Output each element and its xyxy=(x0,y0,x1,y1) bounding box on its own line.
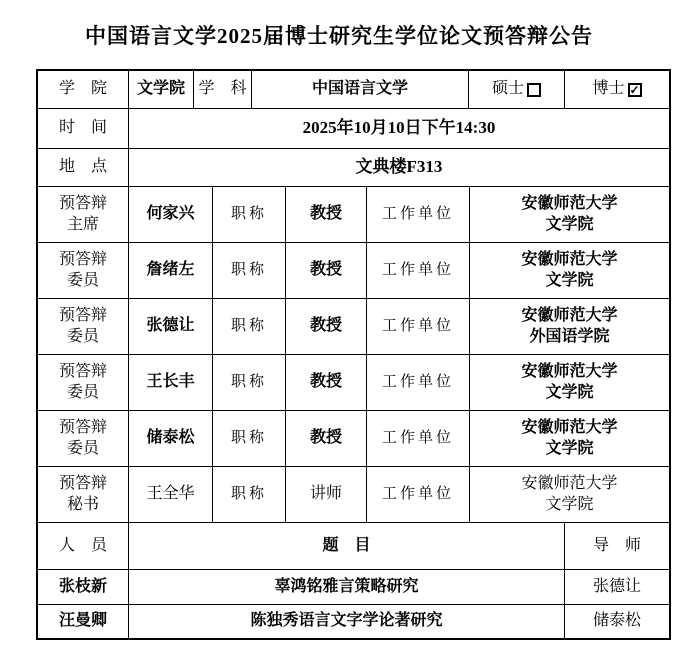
committee-role: 预答辩 秘书 xyxy=(38,467,129,522)
topic-label: 题 目 xyxy=(129,523,565,569)
title-label: 职称 xyxy=(213,187,286,242)
title-value: 教授 xyxy=(286,355,367,410)
place-row: 地 点 文典楼F313 xyxy=(38,149,669,187)
unit-value: 安徽师范大学 文学院 xyxy=(470,467,669,522)
unit-label: 工作单位 xyxy=(367,467,470,522)
candidate-row: 张枝新 辜鸿铭雅言策略研究 张德让 xyxy=(38,570,669,605)
unit-value: 安徽师范大学 文学院 xyxy=(470,243,669,298)
unit-value: 安徽师范大学 文学院 xyxy=(470,355,669,410)
committee-row: 预答辩 委员 王长丰 职称 教授 工作单位 安徽师范大学 文学院 xyxy=(38,355,669,411)
unit-label: 工作单位 xyxy=(367,299,470,354)
person-label: 人 员 xyxy=(38,523,129,569)
doctor-option: 博士 ✓ xyxy=(565,71,669,108)
thesis-topic: 陈独秀语言文字学论著研究 xyxy=(129,605,565,638)
check-mark-icon: ✓ xyxy=(629,84,639,96)
place-value: 文典楼F313 xyxy=(129,149,669,186)
committee-name: 王全华 xyxy=(129,467,213,522)
committee-role: 预答辩 委员 xyxy=(38,411,129,466)
title-label: 职称 xyxy=(213,355,286,410)
committee-name: 何家兴 xyxy=(129,187,213,242)
committee-role: 预答辩 委员 xyxy=(38,299,129,354)
time-value: 2025年10月10日下午14:30 xyxy=(129,109,669,148)
committee-row: 预答辩 委员 张德让 职称 教授 工作单位 安徽师范大学 外国语学院 xyxy=(38,299,669,355)
unit-label: 工作单位 xyxy=(367,187,470,242)
title-value: 教授 xyxy=(286,243,367,298)
committee-name: 詹绪左 xyxy=(129,243,213,298)
unit-value: 安徽师范大学 文学院 xyxy=(470,187,669,242)
committee-name: 储泰松 xyxy=(129,411,213,466)
committee-row: 预答辩 委员 詹绪左 职称 教授 工作单位 安徽师范大学 文学院 xyxy=(38,243,669,299)
header-row: 学 院 文学院 学 科 中国语言文学 硕士 博士 ✓ xyxy=(38,71,669,109)
page-title: 中国语言文学2025届博士研究生学位论文预答辩公告 xyxy=(0,20,678,50)
committee-name: 张德让 xyxy=(129,299,213,354)
mentor-name: 张德让 xyxy=(565,570,669,604)
unit-label: 工作单位 xyxy=(367,243,470,298)
master-label: 硕士 xyxy=(492,79,524,100)
title-label: 职称 xyxy=(213,243,286,298)
committee-role: 预答辩 委员 xyxy=(38,243,129,298)
unit-label: 工作单位 xyxy=(367,355,470,410)
candidate-name: 汪曼卿 xyxy=(38,605,129,638)
committee-name: 王长丰 xyxy=(129,355,213,410)
place-label: 地 点 xyxy=(38,149,129,186)
unit-value: 安徽师范大学 外国语学院 xyxy=(470,299,669,354)
doctor-label: 博士 xyxy=(592,79,624,100)
mentor-label: 导 师 xyxy=(565,523,669,569)
time-row: 时 间 2025年10月10日下午14:30 xyxy=(38,109,669,149)
title-value: 讲师 xyxy=(286,467,367,522)
doctor-checkbox-checked-icon: ✓ xyxy=(628,83,642,97)
candidate-row: 汪曼卿 陈独秀语言文字学论著研究 储泰松 xyxy=(38,605,669,638)
title-label: 职称 xyxy=(213,299,286,354)
title-value: 教授 xyxy=(286,411,367,466)
school-value: 文学院 xyxy=(129,71,194,108)
unit-value: 安徽师范大学 文学院 xyxy=(470,411,669,466)
discipline-label: 学 科 xyxy=(194,71,252,108)
committee-row: 预答辩 主席 何家兴 职称 教授 工作单位 安徽师范大学 文学院 xyxy=(38,187,669,243)
thesis-topic: 辜鸿铭雅言策略研究 xyxy=(129,570,565,604)
unit-label: 工作单位 xyxy=(367,411,470,466)
title-label: 职称 xyxy=(213,467,286,522)
discipline-value: 中国语言文学 xyxy=(252,71,469,108)
personnel-header-row: 人 员 题 目 导 师 xyxy=(38,523,669,570)
title-value: 教授 xyxy=(286,187,367,242)
master-option: 硕士 xyxy=(469,71,565,108)
candidate-name: 张枝新 xyxy=(38,570,129,604)
school-label: 学 院 xyxy=(38,71,129,108)
title-label: 职称 xyxy=(213,411,286,466)
committee-row: 预答辩 秘书 王全华 职称 讲师 工作单位 安徽师范大学 文学院 xyxy=(38,467,669,523)
committee-row: 预答辩 委员 储泰松 职称 教授 工作单位 安徽师范大学 文学院 xyxy=(38,411,669,467)
committee-role: 预答辩 主席 xyxy=(38,187,129,242)
committee-role: 预答辩 委员 xyxy=(38,355,129,410)
mentor-name: 储泰松 xyxy=(565,605,669,638)
title-value: 教授 xyxy=(286,299,367,354)
master-checkbox-unchecked-icon xyxy=(527,83,541,97)
pre-defense-table: 学 院 文学院 学 科 中国语言文学 硕士 博士 ✓ 时 间 2025年10月1… xyxy=(36,69,671,640)
time-label: 时 间 xyxy=(38,109,129,148)
